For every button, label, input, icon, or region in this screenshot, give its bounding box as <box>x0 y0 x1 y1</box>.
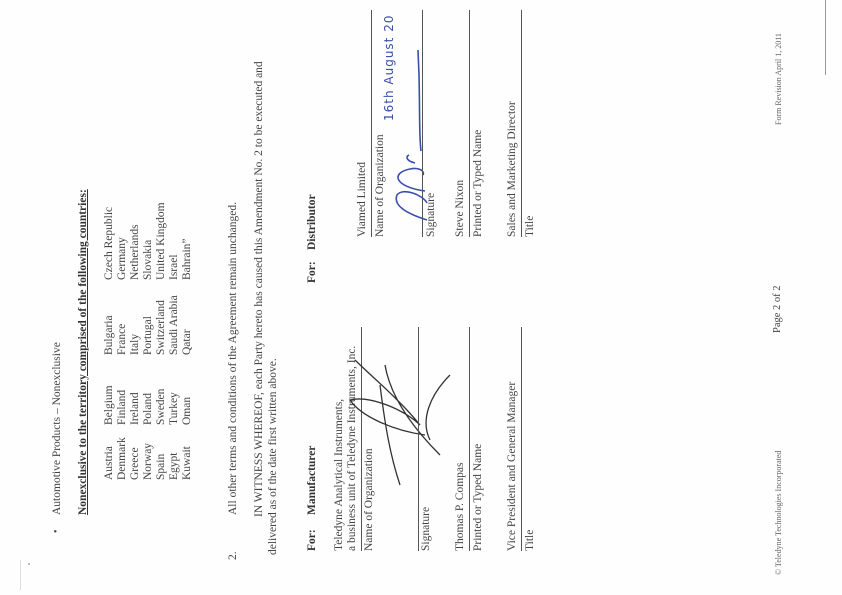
country-column-1: Austria Denmark Greece Norway Spain Egyp… <box>103 437 194 480</box>
country: Israel <box>168 202 181 280</box>
distributor-org-rule <box>371 10 372 237</box>
scan-speck <box>28 563 30 565</box>
country: Saudi Arabia <box>168 295 181 355</box>
bullet-icon: • <box>52 529 62 533</box>
footer-copyright: © Teledyne Technologies Incorporated <box>775 451 783 575</box>
country: Italy <box>129 295 142 355</box>
country: Switzerland <box>155 295 168 355</box>
country: Finland <box>116 385 129 425</box>
country-column-4: Czech Republic Germany Netherlands Slova… <box>103 202 194 280</box>
country: Bahrain” <box>181 202 194 280</box>
country: Norway <box>142 437 155 480</box>
country: Sweden <box>155 385 168 425</box>
country: Germany <box>116 202 129 280</box>
country: United Kingdom <box>155 202 168 280</box>
witness-line-1: IN WITNESS WHEREOF, each Party hereto ha… <box>254 61 266 517</box>
scanned-document-canvas: • Automotive Products – Nonexclusive Non… <box>0 0 842 595</box>
distributor-role: Distributor <box>307 194 319 250</box>
distributor-for-label: For: <box>307 261 319 283</box>
distributor-printed-name: Steve Nixon <box>455 180 467 237</box>
manufacturer-title-caption: Title <box>525 530 537 551</box>
manufacturer-signature-rule <box>418 327 419 551</box>
territory-heading: Nonexclusive to the territory comprised … <box>78 189 90 515</box>
country-column-2: Belgium Finland Ireland Poland Sweden Tu… <box>103 385 194 425</box>
distributor-signature-caption: Signature <box>426 193 438 237</box>
country: Bulgaria <box>103 295 116 355</box>
manufacturer-signature-mark <box>330 355 460 495</box>
country: Turkey <box>168 385 181 425</box>
country: Belgium <box>103 385 116 425</box>
footer-form-revision: Form Revision April 1, 2011 <box>775 33 783 125</box>
country: Kuwait <box>181 437 194 480</box>
manufacturer-title: Vice President and General Manager <box>507 382 519 551</box>
country-column-3: Bulgaria France Italy Portugal Switzerla… <box>103 295 194 355</box>
distributor-title-rule <box>521 10 522 237</box>
distributor-printed-name-caption: Printed or Typed Name <box>473 130 485 237</box>
country: Portugal <box>142 295 155 355</box>
manufacturer-role: Manufacturer <box>307 446 319 515</box>
country: France <box>116 295 129 355</box>
country: Slovakia <box>142 202 155 280</box>
manufacturer-for-label: For: <box>307 529 319 551</box>
manufacturer-printed-name: Thomas P. Compas <box>455 463 467 552</box>
country: Denmark <box>116 437 129 480</box>
distributor-title: Sales and Marketing Director <box>507 101 519 237</box>
distributor-title-caption: Title <box>525 216 537 237</box>
country: Qatar <box>181 295 194 355</box>
manufacturer-printed-name-caption: Printed or Typed Name <box>473 444 485 551</box>
distributor-organization: Viamed Limited <box>357 162 369 237</box>
distributor-signature-rule <box>422 10 423 237</box>
manufacturer-name-rule <box>469 327 470 551</box>
country: Poland <box>142 385 155 425</box>
footer-page-number: Page 2 of 2 <box>773 285 784 333</box>
document-page: • Automotive Products – Nonexclusive Non… <box>0 0 842 595</box>
country: Czech Republic <box>103 202 116 280</box>
scan-edge-line <box>825 0 826 75</box>
country: Ireland <box>129 385 142 425</box>
distributor-name-rule <box>469 10 470 237</box>
country: Spain <box>155 437 168 480</box>
bullet-item-text: Automotive Products – Nonexclusive <box>52 342 64 515</box>
clause-2-text: All other terms and conditions of the Ag… <box>228 202 240 515</box>
witness-line-2: delivered as of the date first written a… <box>268 358 280 555</box>
country: Netherlands <box>129 202 142 280</box>
manufacturer-signature-caption: Signature <box>421 507 433 551</box>
country: Austria <box>103 437 116 480</box>
country: Egypt <box>168 437 181 480</box>
country: Greece <box>129 437 142 480</box>
country: Oman <box>181 385 194 425</box>
manufacturer-title-rule <box>521 327 522 551</box>
scan-edge-mark <box>20 560 21 590</box>
clause-2-number: 2. <box>228 551 240 560</box>
